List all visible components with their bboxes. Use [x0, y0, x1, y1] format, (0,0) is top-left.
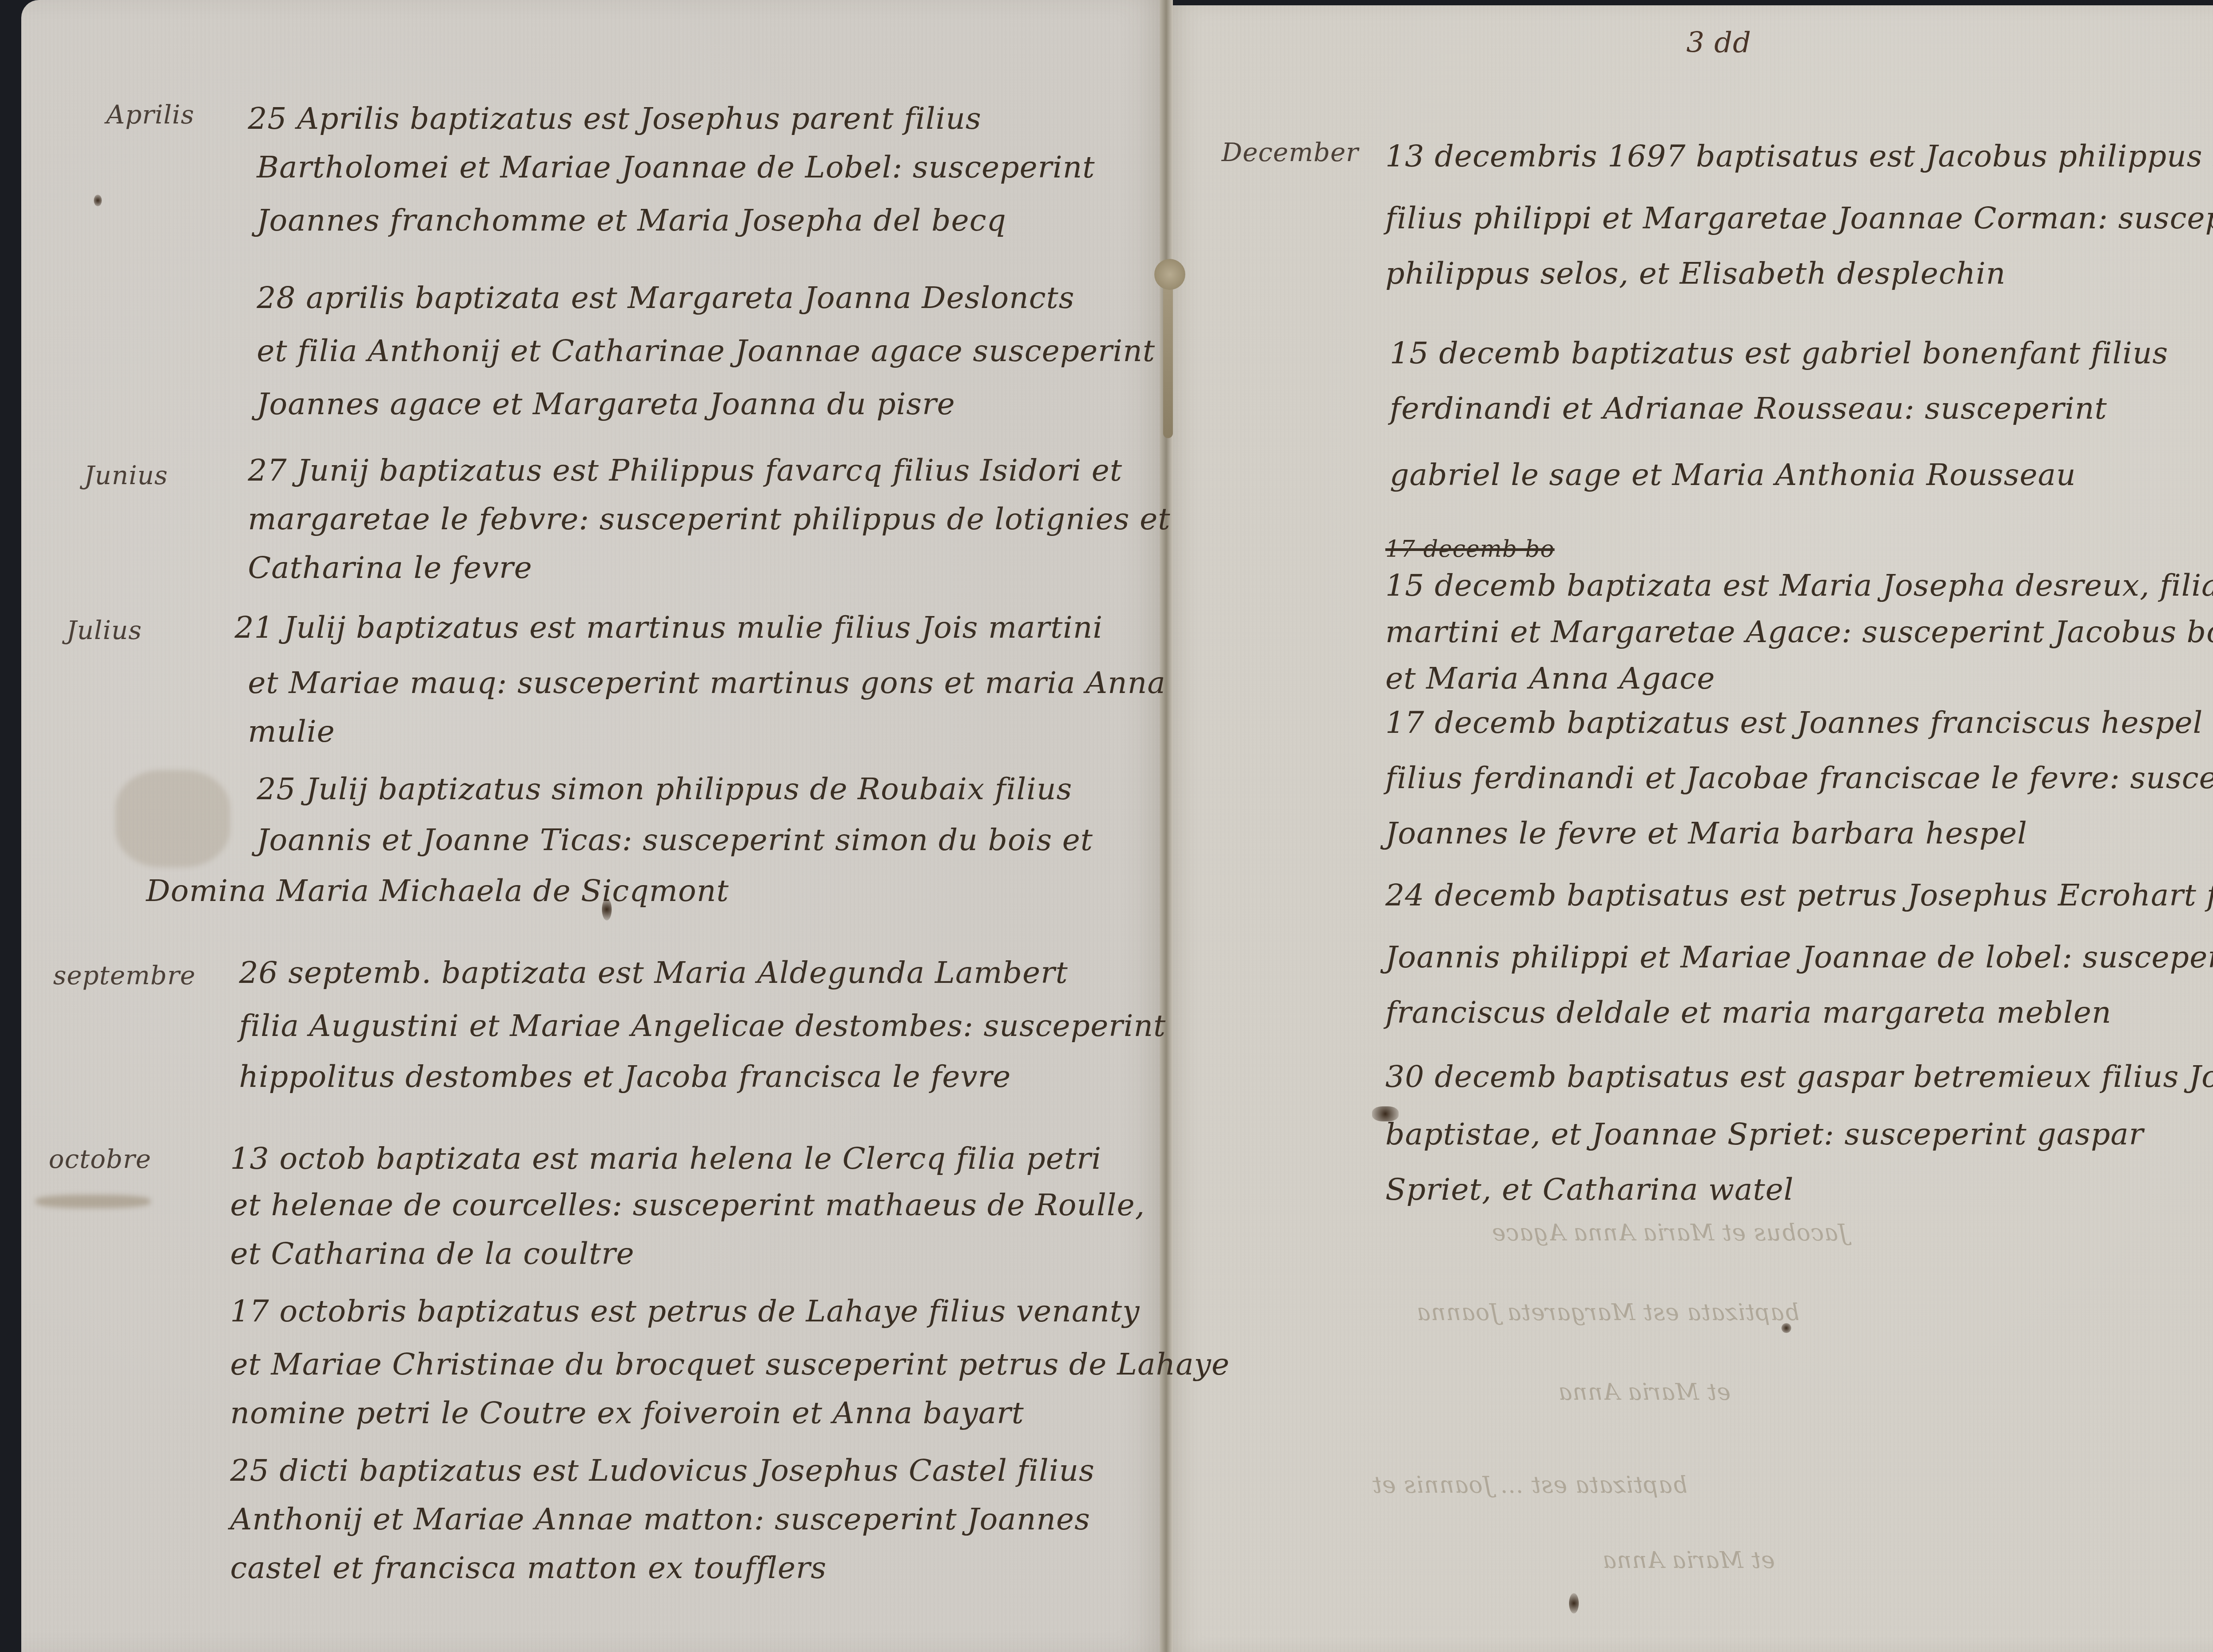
margin-label-julius: Julius — [66, 615, 142, 645]
entry-line: Domina Maria Michaela de Sicqmont — [146, 876, 729, 906]
ink-blot — [1781, 1323, 1791, 1333]
entry-line: 17 decemb baptizatus est Joannes francis… — [1385, 708, 2203, 738]
book-gutter — [1160, 0, 1173, 1652]
entry-line: Spriet, et Catharina watel — [1385, 1175, 1794, 1205]
ink-blot — [602, 898, 612, 920]
stain — [35, 1195, 150, 1208]
entry-line: et helenae de courcelles: susceperint ma… — [230, 1190, 1145, 1221]
manuscript-spread: Aprilis 25 Aprilis baptizatus est Joseph… — [0, 0, 2213, 1652]
entry-line: 17 octobris baptizatus est petrus de Lah… — [230, 1297, 1140, 1327]
entry-line: et filia Anthonij et Catharinae Joannae … — [257, 336, 1155, 366]
entry-line: 24 decemb baptisatus est petrus Josephus… — [1385, 881, 2213, 911]
entry-line: et Mariae mauq: susceperint martinus gon… — [248, 668, 1166, 698]
entry-line: baptistae, et Joannae Spriet: susceperin… — [1385, 1120, 2144, 1150]
entry-line: Catharina le fevre — [248, 553, 532, 583]
entry-line: Joannes franchomme et Maria Josepha del … — [257, 206, 1006, 236]
entry-line: filia Augustini et Mariae Angelicae dest… — [239, 1011, 1166, 1041]
entry-line: 25 dicti baptizatus est Ludovicus Joseph… — [230, 1456, 1095, 1486]
bleed-through-text: baptizata est ... Joannis et — [1372, 1474, 1688, 1497]
stain — [115, 770, 230, 867]
entry-line: franciscus deldale et maria margareta me… — [1385, 998, 2112, 1028]
entry-line: hippolitus destombes et Jacoba francisca… — [239, 1062, 1011, 1092]
ink-blot — [1372, 1106, 1399, 1121]
entry-line: 15 decemb baptizata est Maria Josepha de… — [1385, 571, 2213, 601]
bleed-through-text: Jacobus et Maria Anna Agace — [1492, 1221, 1848, 1244]
struck-through-line: 17 decemb bo — [1385, 538, 1554, 561]
entry-line: philippus selos, et Elisabeth desplechin — [1385, 259, 2006, 289]
entry-line: filius ferdinandi et Jacobae franciscae … — [1385, 763, 2213, 793]
entry-line: Joannis philippi et Mariae Joannae de lo… — [1385, 943, 2213, 973]
ink-blot — [1569, 1593, 1579, 1613]
bleed-through-text: baptizata est Margareta Joanna — [1416, 1301, 1799, 1324]
entry-line: 27 Junij baptizatus est Philippus favarc… — [248, 456, 1122, 486]
entry-line: ferdinandi et Adrianae Rousseau: suscepe… — [1390, 394, 2107, 424]
entry-line: Joannis et Joanne Ticas: susceperint sim… — [257, 825, 1093, 855]
binding-knot — [1154, 259, 1185, 290]
entry-line: martini et Margaretae Agace: susceperint… — [1385, 617, 2213, 647]
entry-line: et Mariae Christinae du brocquet suscepe… — [230, 1350, 1230, 1380]
margin-label-aprilis: Aprilis — [106, 100, 194, 130]
entry-line: 13 octob baptizata est maria helena le C… — [230, 1144, 1102, 1174]
entry-line: filius philippi et Margaretae Joannae Co… — [1385, 204, 2213, 234]
entry-line: Anthonij et Mariae Annae matton: suscepe… — [230, 1505, 1090, 1535]
entry-line: mulie — [248, 717, 335, 747]
folio-number: 3 dd — [1686, 27, 1751, 59]
ink-blot — [94, 195, 102, 206]
entry-line: Joannes le fevre et Maria barbara hespel — [1385, 819, 2027, 849]
entry-line: 13 decembris 1697 baptisatus est Jacobus… — [1385, 142, 2213, 172]
bleed-through-text: et Maria Anna — [1602, 1549, 1775, 1572]
entry-line: et Catharina de la coultre — [230, 1239, 635, 1269]
entry-line: 30 decemb baptisatus est gaspar betremie… — [1385, 1062, 2213, 1092]
entry-line: 15 decemb baptizatus est gabriel bonenfa… — [1390, 339, 2168, 369]
entry-line: 21 Julij baptizatus est martinus mulie f… — [235, 613, 1103, 643]
entry-line: 26 septemb. baptizata est Maria Aldegund… — [239, 958, 1068, 988]
entry-line: margaretae le febvre: susceperint philip… — [248, 504, 1170, 535]
margin-label-octobre: octobre — [49, 1144, 151, 1174]
entry-line: Joannes agace et Margareta Joanna du pis… — [257, 389, 955, 420]
margin-label-septembre: septembre — [53, 960, 196, 990]
entry-line: Bartholomei et Mariae Joannae de Lobel: … — [257, 153, 1095, 183]
entry-line: 28 aprilis baptizata est Margareta Joann… — [257, 283, 1075, 313]
entry-line: nomine petri le Coutre ex foiveroin et A… — [230, 1398, 1024, 1429]
margin-label-junius: Junius — [84, 460, 168, 490]
entry-line: gabriel le sage et Maria Anthonia Rousse… — [1390, 460, 2076, 490]
bleed-through-text: et Maria Anna — [1558, 1381, 1731, 1404]
entry-line: castel et francisca matton ex toufflers — [230, 1553, 827, 1583]
entry-line: 25 Aprilis baptizatus est Josephus paren… — [248, 104, 981, 134]
entry-line: 25 Julij baptizatus simon philippus de R… — [257, 774, 1072, 805]
margin-label-december: December — [1222, 137, 1359, 167]
entry-line: et Maria Anna Agace — [1385, 664, 1715, 694]
